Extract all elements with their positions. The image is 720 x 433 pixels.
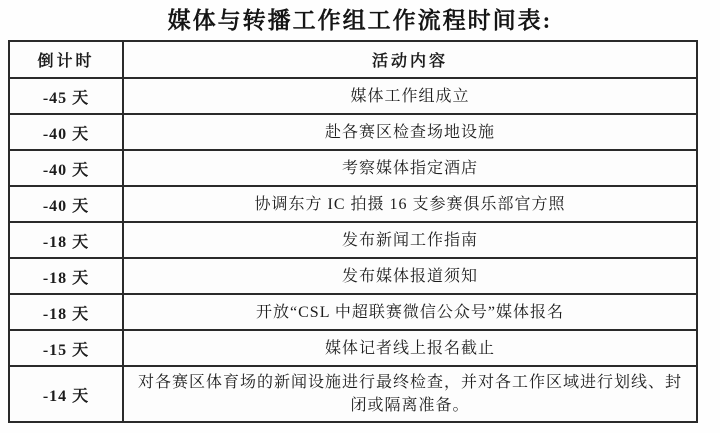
countdown-column-header: 倒计时 [9,41,123,78]
activity-cell: 媒体记者线上报名截止 [123,330,697,366]
countdown-cell: -18 天 [9,294,123,330]
activity-cell: 媒体工作组成立 [123,78,697,114]
table-row: -45 天 媒体工作组成立 [9,78,697,114]
table-row: -15 天 媒体记者线上报名截止 [9,330,697,366]
countdown-cell: -45 天 [9,78,123,114]
activity-cell: 考察媒体指定酒店 [123,150,697,186]
table-row: -18 天 开放“CSL 中超联赛微信公众号”媒体报名 [9,294,697,330]
activity-column-header: 活动内容 [123,41,697,78]
countdown-cell: -40 天 [9,150,123,186]
table-row: -40 天 赴各赛区检查场地设施 [9,114,697,150]
schedule-table: 倒计时 活动内容 -45 天 媒体工作组成立 -40 天 赴各赛区检查场地设施 … [8,40,698,423]
header-row: 倒计时 活动内容 [9,41,697,78]
activity-cell: 对各赛区体育场的新闻设施进行最终检查，并对各工作区域进行划线、封闭或隔离准备。 [123,366,697,422]
countdown-cell: -14 天 [9,366,123,422]
countdown-cell: -15 天 [9,330,123,366]
activity-cell: 协调东方 IC 拍摄 16 支参赛俱乐部官方照 [123,186,697,222]
countdown-cell: -40 天 [9,186,123,222]
activity-cell: 发布媒体报道须知 [123,258,697,294]
countdown-cell: -18 天 [9,258,123,294]
table-row: -14 天 对各赛区体育场的新闻设施进行最终检查，并对各工作区域进行划线、封闭或… [9,366,697,422]
table-row: -18 天 发布新闻工作指南 [9,222,697,258]
activity-cell: 开放“CSL 中超联赛微信公众号”媒体报名 [123,294,697,330]
activity-cell: 发布新闻工作指南 [123,222,697,258]
activity-cell: 赴各赛区检查场地设施 [123,114,697,150]
page-title: 媒体与转播工作组工作流程时间表: [0,0,720,38]
table-row: -40 天 考察媒体指定酒店 [9,150,697,186]
table-row: -18 天 发布媒体报道须知 [9,258,697,294]
table-row: -40 天 协调东方 IC 拍摄 16 支参赛俱乐部官方照 [9,186,697,222]
countdown-cell: -40 天 [9,114,123,150]
countdown-cell: -18 天 [9,222,123,258]
